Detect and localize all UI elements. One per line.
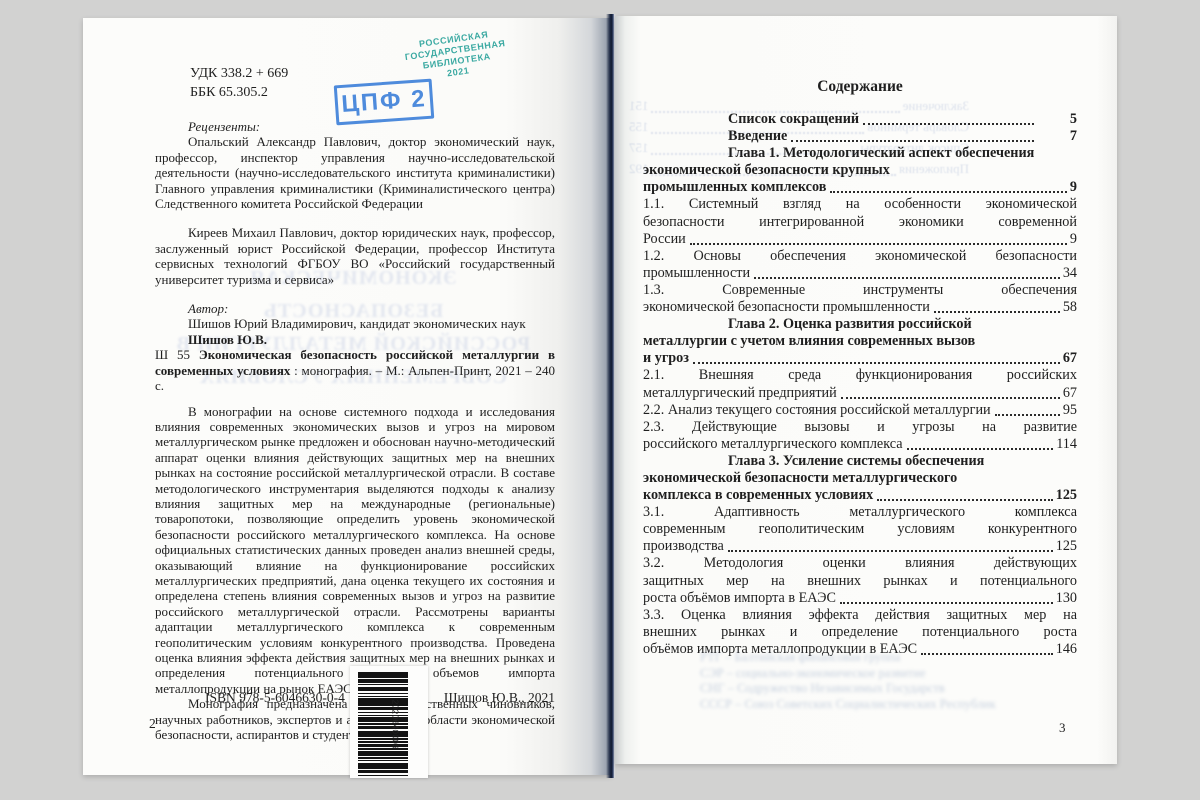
imprint-text-column: Рецензенты: Опальский Александр Павлович… (155, 119, 555, 742)
toc-entry: 2.2. Анализ текущего состояния российско… (643, 402, 1077, 419)
toc-entry: 1.3. Современные инструменты обеспечения… (643, 282, 1077, 316)
barcode-bar (358, 763, 408, 769)
toc-line: комплекса в современных условиях125 (643, 487, 1077, 504)
toc-line: производства125 (643, 538, 1077, 555)
toc-entry: 3.1. Адаптивность металлургического комп… (643, 504, 1077, 555)
udk-code: УДК 338.2 + 669 (190, 64, 288, 83)
library-stamp: РОССИЙСКАЯ ГОСУДАРСТВЕННАЯ БИБЛИОТЕКА 20… (379, 24, 534, 88)
reviewer2-paragraph: Киреев Михаил Павлович, доктор юридическ… (155, 225, 555, 287)
toc-text: производства (643, 538, 724, 555)
book-scan-photo: УДК 338.2 + 669 ББК 65.305.2 РОССИЙСКАЯ … (0, 0, 1200, 800)
toc-entry: Глава 3. Усиление системы обеспеченияэко… (643, 453, 1077, 504)
barcode-bar (358, 751, 408, 756)
toc-page-number: 67 (1063, 385, 1077, 402)
toc-text: 2.2. Анализ текущего состояния российско… (643, 402, 991, 419)
toc-line: 1.3. Современные инструменты обеспечения (643, 282, 1077, 299)
toc-line: защитных мер на внешних рынках и потенци… (643, 573, 1077, 590)
toc-line: 1.1. Системный взгляд на особенности эко… (643, 196, 1077, 213)
barcode-bar (358, 684, 408, 686)
toc-text: комплекса в современных условиях (643, 487, 873, 504)
barcode-sticker: 2020640006 (350, 666, 428, 778)
toc-line: 3.1. Адаптивность металлургического комп… (643, 504, 1077, 521)
barcode-bars (358, 672, 408, 776)
toc-text: объёмов импорта металлопродукции в ЕАЭС (643, 641, 917, 658)
toc-line: Глава 2. Оценка развития российской (643, 316, 1077, 333)
barcode-bar (358, 760, 408, 762)
right-page: Заключение151Словарь терминов155Список л… (615, 16, 1117, 764)
reviewers-label: Рецензенты: (155, 119, 555, 134)
left-page: УДК 338.2 + 669 ББК 65.305.2 РОССИЙСКАЯ … (83, 18, 612, 775)
toc-text: промышленности (643, 265, 750, 282)
dot-leader (921, 653, 1053, 655)
toc-page-number: 7 (1037, 128, 1077, 145)
toc-text: промышленных комплексов (643, 179, 826, 196)
barcode-bar (358, 687, 408, 692)
barcode-bar (358, 723, 408, 725)
toc-entry: Введение7 (643, 128, 1077, 145)
author-heading: Шишов Ю.В. (155, 332, 555, 347)
barcode-bar (358, 712, 408, 714)
barcode-bar (358, 693, 408, 695)
toc-text: и угроз (643, 350, 689, 367)
toc-page-number: 125 (1056, 538, 1077, 555)
dot-leader (863, 123, 1034, 125)
toc-page-number: 146 (1056, 641, 1077, 658)
toc-entry: 3.2. Методология оценки влияния действую… (643, 555, 1077, 606)
toc-line: 3.2. Методология оценки влияния действую… (643, 555, 1077, 572)
isbn: ISBN 978-5-6046630-0-4 (205, 690, 345, 706)
barcode-number: 2020640006 (390, 700, 399, 750)
barcode-bar (358, 726, 408, 729)
dot-leader (840, 602, 1053, 604)
toc-line: России9 (643, 231, 1077, 248)
toc-page-number: 130 (1056, 590, 1077, 607)
dot-leader (728, 550, 1053, 552)
copyright-notice: Шишов Ю.В., 2021 (444, 690, 555, 706)
dot-leader (830, 191, 1067, 193)
toc-line: 2.2. Анализ текущего состояния российско… (643, 402, 1077, 419)
toc-text: металлургический предприятий (643, 385, 837, 402)
page-number-right: 3 (1059, 720, 1066, 736)
toc-line: промышленности34 (643, 265, 1077, 282)
barcode-bar (358, 715, 408, 717)
toc-entry: 3.3. Оценка влияния эффекта действия защ… (643, 607, 1077, 658)
barcode-bar (358, 707, 408, 710)
toc-entry: 1.1. Системный взгляд на особенности эко… (643, 196, 1077, 247)
toc-line: Список сокращений5 (643, 111, 1077, 128)
toc-text: России (643, 231, 686, 248)
barcode-bar (358, 717, 408, 722)
barcode-bar (358, 757, 408, 759)
barcode-bar (358, 731, 408, 737)
page-number-left: 2 (149, 716, 156, 732)
toc-entry: Глава 2. Оценка развития российскойметал… (643, 316, 1077, 367)
bibliographic-entry: Ш 55 Экономическая безопасность российск… (155, 347, 555, 393)
barcode-bar (358, 741, 408, 743)
dot-leader (907, 448, 1054, 450)
toc-entry: Глава 1. Методологический аспект обеспеч… (643, 145, 1077, 196)
author-label: Автор: (155, 301, 555, 316)
toc-line: экономической безопасности металлургичес… (643, 470, 1077, 487)
dot-leader (995, 414, 1060, 416)
biblio-prefix: Ш 55 (155, 347, 199, 362)
bbk-code: ББК 65.305.2 (190, 83, 288, 102)
toc-line: 2.3. Действующие вызовы и угрозы на разв… (643, 419, 1077, 436)
cpf-stamp-text: ЦПФ 2 (340, 85, 427, 119)
toc-line: Введение7 (643, 128, 1077, 145)
barcode-bar (358, 775, 408, 777)
toc-text: роста объёмов импорта в ЕАЭС (643, 590, 836, 607)
dot-leader (754, 277, 1060, 279)
toc-entry: 1.2. Основы обеспечения экономической бе… (643, 248, 1077, 282)
udk-bbk-block: УДК 338.2 + 669 ББК 65.305.2 (190, 64, 288, 102)
bleed-through-line: СЭР – социально-экономическое развитие (700, 666, 1050, 682)
barcode-bar (358, 696, 408, 698)
toc-page-number: 125 (1056, 487, 1077, 504)
toc-line: современным геополитическим условиям кон… (643, 521, 1077, 538)
toc-line: безопасности интегрированной экономики с… (643, 214, 1077, 231)
toc-page-number: 58 (1063, 299, 1077, 316)
toc-page-number: 9 (1070, 179, 1077, 196)
dot-leader (693, 362, 1060, 364)
toc-line: 3.3. Оценка влияния эффекта действия защ… (643, 607, 1077, 624)
toc-page-number: 95 (1063, 402, 1077, 419)
toc-line: внешних рынках и определение потенциальн… (643, 624, 1077, 641)
dot-leader (877, 499, 1052, 501)
toc-entry: Список сокращений5 (643, 111, 1077, 128)
toc-entry: 2.3. Действующие вызовы и угрозы на разв… (643, 419, 1077, 453)
author-name: Шишов Юрий Владимирович, кандидат эконом… (155, 316, 555, 331)
toc-heading: Содержание (643, 78, 1077, 96)
toc-line: экономической безопасности промышленност… (643, 299, 1077, 316)
barcode-bar (358, 672, 408, 678)
toc-line: и угроз 67 (643, 350, 1077, 367)
toc-page-number: 9 (1070, 231, 1077, 248)
annotation-paragraph-1: В монографии на основе системного подход… (155, 404, 555, 697)
barcode-bar (358, 748, 408, 750)
toc-entry: 2.1. Внешняя среда функционирования росс… (643, 367, 1077, 401)
dot-leader (791, 140, 1034, 142)
dot-leader (841, 397, 1060, 399)
toc-text: Список сокращений (695, 111, 859, 128)
toc-text: российского металлургического комплекса (643, 436, 903, 453)
toc-line: экономической безопасности крупных (643, 162, 1077, 179)
toc-line: промышленных комплексов9 (643, 179, 1077, 196)
barcode-bar (358, 744, 408, 747)
bleed-through-abbreviations: РТГ – Балтийская финансовая группаСЭР – … (700, 650, 1050, 712)
toc-line: Глава 1. Методологический аспект обеспеч… (643, 145, 1077, 162)
toc-list: Список сокращений5Введение7Глава 1. Мето… (643, 111, 1077, 658)
reviewer1-paragraph: Опальский Александр Павлович, доктор эко… (155, 134, 555, 211)
bleed-through-line: СССР – Союз Советских Социалистических Р… (700, 697, 1050, 713)
dot-leader (934, 311, 1060, 313)
dot-leader (690, 243, 1067, 245)
toc-line: металлургии с учетом влияния современных… (643, 333, 1077, 350)
toc-line: российского металлургического комплекса1… (643, 436, 1077, 453)
toc-line: роста объёмов импорта в ЕАЭС130 (643, 590, 1077, 607)
toc-line: 2.1. Внешняя среда функционирования росс… (643, 367, 1077, 384)
toc-page-number: 67 (1063, 350, 1077, 367)
barcode-bar (358, 738, 408, 740)
barcode-bar (358, 698, 408, 706)
toc-page-number: 5 (1037, 111, 1077, 128)
toc-text: экономической безопасности промышленност… (643, 299, 930, 316)
toc-line: 1.2. Основы обеспечения экономической бе… (643, 248, 1077, 265)
toc-line: объёмов импорта металлопродукции в ЕАЭС1… (643, 641, 1077, 658)
toc-page-number: 114 (1056, 436, 1077, 453)
bleed-through-line: СНГ – Содружество Независимых Государств (700, 681, 1050, 697)
barcode-bar (358, 679, 408, 682)
toc-page-number: 34 (1063, 265, 1077, 282)
toc-line: Глава 3. Усиление системы обеспечения (643, 453, 1077, 470)
toc-text: Введение (695, 128, 787, 145)
barcode-bar (358, 770, 408, 773)
toc-line: металлургический предприятий67 (643, 385, 1077, 402)
